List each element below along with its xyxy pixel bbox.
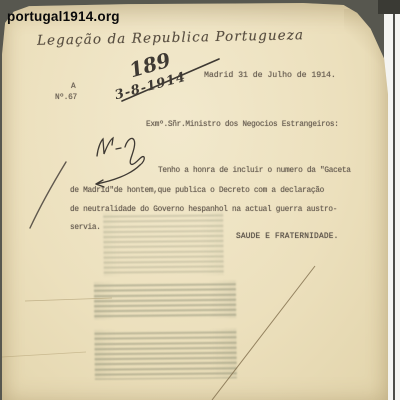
ink-bleedthrough-block — [93, 211, 237, 380]
bleedthrough-upper — [103, 211, 224, 276]
scanned-letter-page: portugal1914.org Legação da Republica Po… — [0, 0, 400, 400]
scan-edge-line — [393, 0, 395, 400]
body-line: de neutralidade do Governo hespanhol na … — [70, 206, 337, 214]
body-line: de Madrid"de hontem,que publica o Decret… — [70, 187, 324, 195]
watermark-text: portugal1914.org — [7, 9, 120, 24]
reference-number: Nº.67 — [55, 94, 77, 102]
bleedthrough-lower — [94, 328, 237, 379]
body-line: servia. — [70, 224, 101, 232]
bleedthrough-middle — [94, 280, 236, 319]
reference-series: A — [71, 83, 75, 91]
dateline: Madrid 31 de Julho de 1914. — [204, 71, 336, 80]
closing-salutation: SAUDE E FRATERNIDADE. — [236, 233, 338, 241]
scan-top-shadow — [378, 0, 400, 14]
body-line: Tenho a honra de incluir o numero da "Ga… — [158, 167, 351, 175]
addressee-line: Exmº.Sñr.Ministro dos Negocios Estrangei… — [146, 121, 339, 129]
